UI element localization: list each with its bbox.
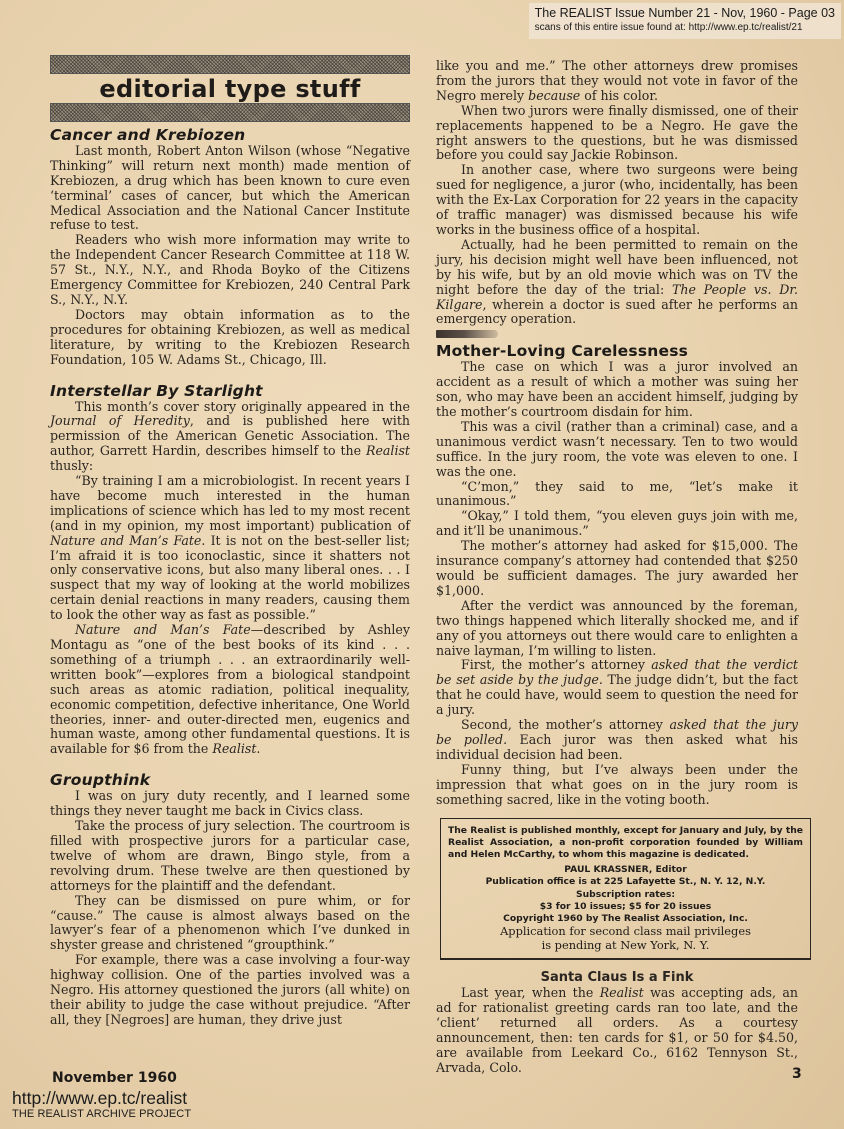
- masthead-rates-label: Subscription rates:: [448, 889, 803, 901]
- paragraph: This month’s cover story originally appe…: [50, 400, 410, 475]
- paragraph: They can be dismissed on pure whim, or f…: [50, 894, 410, 954]
- section-heading-santa: Santa Claus Is a Fink: [436, 970, 798, 986]
- section-heading-mother: Mother-Loving Carelessness: [436, 342, 798, 360]
- masthead-mail-1: Application for second class mail privil…: [448, 925, 803, 939]
- masthead-intro: The Realist is published monthly, except…: [448, 825, 803, 862]
- paragraph: Last year, when the Realist was acceptin…: [436, 986, 798, 1075]
- section-heading-cancer: Cancer and Krebiozen: [50, 126, 410, 144]
- archive-watermark-top: The REALIST Issue Number 21 - Nov, 1960 …: [529, 3, 841, 39]
- page-title: editorial type stuff: [50, 82, 410, 97]
- masthead-box: The Realist is published monthly, except…: [440, 818, 811, 961]
- paragraph: Second, the mother’s attorney asked that…: [436, 718, 798, 763]
- masthead-office: Publication office is at 225 Lafayette S…: [448, 876, 803, 888]
- paragraph: Nature and Man’s Fate—described by Ashle…: [50, 623, 410, 757]
- paragraph: First, the mother’s attorney asked that …: [436, 658, 798, 718]
- paragraph: When two jurors were finally dismissed, …: [436, 104, 798, 164]
- banner-halftone-bar-top: [50, 55, 410, 74]
- issue-info: The REALIST Issue Number 21 - Nov, 1960 …: [535, 6, 835, 21]
- paragraph: The mother’s attorney had asked for $15,…: [436, 539, 798, 599]
- paragraph: The case on which I was a juror involved…: [436, 360, 798, 420]
- masthead-rates: $3 for 10 issues; $5 for 20 issues: [448, 901, 803, 913]
- section-heading-interstellar: Interstellar By Starlight: [50, 382, 410, 400]
- masthead-editor: PAUL KRASSNER, Editor: [448, 864, 803, 876]
- section-heading-groupthink: Groupthink: [50, 771, 410, 789]
- archive-project-name: THE REALIST ARCHIVE PROJECT: [12, 1108, 191, 1121]
- paragraph: After the verdict was announced by the f…: [436, 599, 798, 659]
- footer-date: November 1960: [52, 1070, 177, 1086]
- banner-halftone-bar-bottom: [50, 103, 410, 122]
- paragraph: Last month, Robert Anton Wilson (whose “…: [50, 144, 410, 233]
- right-column: like you and me.” The other attorneys dr…: [436, 59, 798, 1076]
- paragraph: like you and me.” The other attorneys dr…: [436, 59, 798, 104]
- masthead-mail-2: is pending at New York, N. Y.: [448, 939, 803, 953]
- paragraph: Doctors may obtain information as to the…: [50, 308, 410, 368]
- paragraph: Actually, had he been permitted to remai…: [436, 238, 798, 327]
- paragraph: “C’mon,” they said to me, “let’s make it…: [436, 480, 798, 510]
- paragraph: “By training I am a microbiologist. In r…: [50, 474, 410, 623]
- page-number: 3: [792, 1066, 802, 1082]
- paragraph: Take the process of jury selection. The …: [50, 819, 410, 894]
- archive-watermark-bottom: http://www.ep.tc/realist THE REALIST ARC…: [12, 1088, 191, 1121]
- pointing-hand-ornament-icon: [436, 330, 498, 338]
- paragraph: I was on jury duty recently, and I learn…: [50, 789, 410, 819]
- archive-url-link[interactable]: http://www.ep.tc/realist: [12, 1088, 191, 1108]
- paragraph: “Okay,” I told them, “you eleven guys jo…: [436, 509, 798, 539]
- paragraph: For example, there was a case involving …: [50, 953, 410, 1028]
- scans-link-text[interactable]: scans of this entire issue found at: htt…: [535, 21, 835, 34]
- left-column: editorial type stuff Cancer and Krebioze…: [50, 55, 410, 1028]
- paragraph: Readers who wish more information may wr…: [50, 233, 410, 308]
- paragraph: Funny thing, but I’ve always been under …: [436, 763, 798, 808]
- paragraph: In another case, where two surgeons were…: [436, 163, 798, 238]
- paragraph: This was a civil (rather than a criminal…: [436, 420, 798, 480]
